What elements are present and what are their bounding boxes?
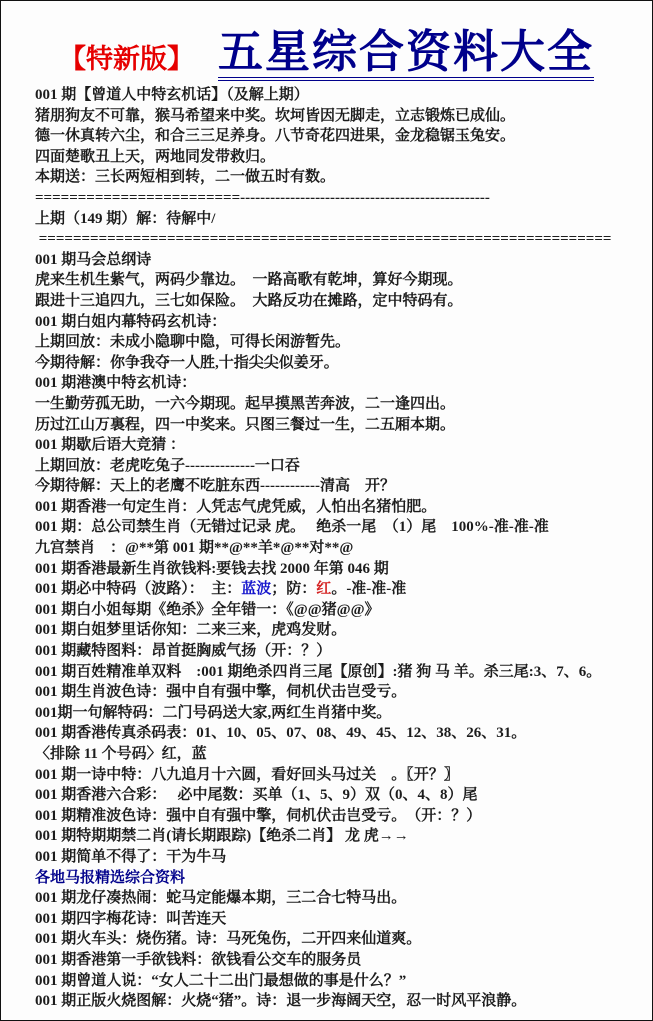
text-line: 001 期精准波色诗：强中自有强中擎，伺机伏击岂受亏。 （开：？） [35,806,652,827]
text-segment: 001 期必中特码（波路）： 主： [35,581,241,597]
text-line: 001 期百姓精准单双料 :001 期绝杀四肖三尾【原创】:猪 狗 马 羊。杀三… [35,662,652,683]
text-line: 今期待解：你争我夺一人胜,十指尖尖似姜牙。 [35,353,652,374]
text-line: 001 期香港传真杀码表：01、10、05、07、08、49、45、12、38、… [35,723,652,744]
text-segment: 历过江山万裏程，四一中奖来。只图三餐过一生，二五厢本期。 [35,417,455,433]
text-line: 〈排除 11 个号码〉红，蓝 [35,744,652,765]
text-segment: 001 期白小姐每期《绝杀》全年错一：《@@猪@@》 [35,602,380,618]
text-segment: 001 期港澳中特玄机诗： [35,375,196,391]
text-line: 001 期香港第一手欲钱料：欲钱看公交车的服务员 [35,950,652,971]
text-line: 001期一句解特码：二门号码送大家,两红生肖猪中奖。 [35,703,652,724]
text-line: 九宫禁肖 ：@**第 001 期**@**羊*@**对**@ [35,538,652,559]
text-segment: 001 期四字梅花诗：叫苦连天 [35,911,226,927]
text-segment: 001 期特期期禁二肖(请长期跟踪)【绝杀二肖】 龙 虎→→ [35,828,409,844]
text-line: 001 期白姐内幕特码玄机诗： [35,312,652,333]
text-segment: 〈排除 11 个号码〉红，蓝 [35,746,207,762]
text-line: 001 期曾道人说：“女人二十二出门最想做的事是什么？” [35,971,652,992]
text-segment: 001 期【曾道人中特玄机话】（及解上期） [35,87,309,103]
text-segment: 今期待解：天上的老鹰不吃脏东西------------清高 开？ [35,478,395,494]
text-line: 一生勤劳孤无助，一六今期现。起早摸黑苦奔波，二一逢四出。 [35,394,652,415]
text-segment: 001 期藏特图料：昂首挺胸威气扬（开：？） [35,643,331,659]
text-segment: 001 期香港第一手欲钱料：欲钱看公交车的服务员 [35,952,361,968]
text-line: 001 期马会总纲诗 [35,250,652,271]
text-segment: 001 期一诗中特：八九追月十六圆，看好回头马过关 。〖开？〗 [35,767,459,783]
text-segment: ；防： [271,581,316,597]
text-segment: 001 期香港最新生肖欲钱料:要钱去找 2000 年第 046 期 [35,561,389,577]
text-segment: 德一休真转六尘，和合三三足养身。八节奇花四进果，金龙稳锯玉兔安。 [35,128,515,144]
text-line: 虎来生机生紫气，两码少靠边。 一路高歌有乾坤，算好今期现。 [35,270,652,291]
text-segment: 今期待解：你争我夺一人胜,十指尖尖似姜牙。 [35,355,339,371]
text-line: 001 期歇后语大竞猜 ： [35,435,652,456]
text-segment: 四面楚歌丑上天，两地同发带救归。 [35,149,275,165]
text-segment: 001 期曾道人说：“女人二十二出门最想做的事是什么？” [35,973,406,989]
text-segment: 001 期香港传真杀码表：01、10、05、07、08、49、45、12、38、… [35,725,526,741]
text-segment: 猪朋狗友不可靠，猴马希望来中奖。坎坷皆因无脚走，立志锻炼已成仙。 [35,108,515,124]
text-line: 001 期必中特码（波路）： 主：蓝波；防：红。-准-准-准 [35,579,652,600]
text-line: 本期送：三长两短相到转，二一做五时有数。 [35,167,652,188]
text-line: 001 期简单不得了：干为牛马 [35,847,652,868]
text-segment: 001 期白姐梦里话你知：二来三来，虎鸡发财。 [35,622,346,638]
text-segment: 001 期香港一句定生肖：人凭志气虎凭威，人怕出名猪怕肥。 [35,499,436,515]
page-title: 五星综合资料大全 [218,30,594,81]
text-segment: 001 期火车头：烧伤猪。诗：马死兔伤，二开四来仙道爽。 [35,931,421,947]
text-segment: 001期一句解特码：二门号码送大家,两红生肖猪中奖。 [35,705,391,721]
text-segment: 上期回放：老虎吃兔子--------------一口吞 [35,458,300,474]
text-line: ========================================… [35,229,652,250]
text-segment: 001 期马会总纲诗 [35,252,151,268]
text-segment: 上期（149 期）解：待解中/ [35,211,215,227]
text-segment: 虎来生机生紫气，两码少靠边。 一路高歌有乾坤，算好今期现。 [35,272,463,288]
content-lines: 001 期【曾道人中特玄机话】（及解上期）猪朋狗友不可靠，猴马希望来中奖。坎坷皆… [1,81,652,1012]
text-segment: 001 期正版火烧图解：火烧“猪”。诗：退一步海阔天空，忍一时风平浪静。 [35,993,526,1009]
text-segment: 本期送：三长两短相到转，二一做五时有数。 [35,169,335,185]
text-line: 001 期香港最新生肖欲钱料:要钱去找 2000 年第 046 期 [35,559,652,580]
text-line: 001 期火车头：烧伤猪。诗：马死兔伤，二开四来仙道爽。 [35,929,652,950]
text-segment: ========================----------------… [35,190,490,206]
text-segment: 跟进十三追四九，三七如保险。 大路反功在摊路，定中特码有。 [35,293,463,309]
text-line: 001 期香港一句定生肖：人凭志气虎凭威，人怕出名猪怕肥。 [35,497,652,518]
text-line: 猪朋狗友不可靠，猴马希望来中奖。坎坷皆因无脚走，立志锻炼已成仙。 [35,106,652,127]
text-segment: 001 期：总公司禁生肖（无错过记录 虎。 绝杀一尾 （1）尾 100%-准-准… [35,519,549,535]
text-segment: 001 期龙仔凑热闹：蛇马定能爆本期，三二合七特马出。 [35,890,406,906]
text-line: 001 期白姐梦里话你知：二来三来，虎鸡发财。 [35,620,652,641]
text-line: 001 期港澳中特玄机诗： [35,373,652,394]
text-line: 001 期香港六合彩： 必中尾数：买单（1、5、9）双（0、4、8）尾 [35,785,652,806]
text-line: 001 期正版火烧图解：火烧“猪”。诗：退一步海阔天空，忍一时风平浪静。 [35,991,652,1012]
text-line: 001 期生肖波色诗：强中自有强中擎，伺机伏击岂受亏。 [35,682,652,703]
text-line: 001 期龙仔凑热闹：蛇马定能爆本期，三二合七特马出。 [35,888,652,909]
text-segment: 001 期百姓精准单双料 :001 期绝杀四肖三尾【原创】:猪 狗 马 羊。杀三… [35,664,601,680]
text-segment: ========================================… [35,231,611,247]
text-line: 001 期特期期禁二肖(请长期跟踪)【绝杀二肖】 龙 虎→→ [35,826,652,847]
text-line: 各地马报精选综合资料 [35,868,652,889]
page: 【特新版】 五星综合资料大全 001 期【曾道人中特玄机话】（及解上期）猪朋狗友… [0,0,653,1021]
text-line: 四面楚歌丑上天，两地同发带救归。 [35,147,652,168]
text-line: 001 期【曾道人中特玄机话】（及解上期） [35,85,652,106]
text-segment: 001 期精准波色诗：强中自有强中擎，伺机伏击岂受亏。 （开：？） [35,808,481,824]
text-segment: 九宫禁肖 ：@**第 001 期**@**羊*@**对**@ [35,540,353,556]
text-line: 上期回放：老虎吃兔子--------------一口吞 [35,456,652,477]
text-segment: 一生勤劳孤无助，一六今期现。起早摸黑苦奔波，二一逢四出。 [35,396,455,412]
text-line: 001 期：总公司禁生肖（无错过记录 虎。 绝杀一尾 （1）尾 100%-准-准… [35,517,652,538]
text-line: 德一休真转六尘，和合三三足养身。八节奇花四进果，金龙稳锯玉兔安。 [35,126,652,147]
text-line: 跟进十三追四九，三七如保险。 大路反功在摊路，定中特码有。 [35,291,652,312]
text-line: 历过江山万裏程，四一中奖来。只图三餐过一生，二五厢本期。 [35,415,652,436]
text-segment: 红 [316,581,331,597]
text-segment: 蓝波 [241,581,271,597]
text-segment: 各地马报精选综合资料 [35,870,185,886]
edition-badge: 【特新版】 [59,46,194,81]
text-segment: 001 期生肖波色诗：强中自有强中擎，伺机伏击岂受亏。 [35,684,406,700]
text-segment: 。-准-准-准 [331,581,406,597]
text-segment: 001 期歇后语大竞猜 ： [35,437,185,453]
text-line: 上期回放：未成小隐聊中隐，可得长闲游暂先。 [35,332,652,353]
text-line: 001 期一诗中特：八九追月十六圆，看好回头马过关 。〖开？〗 [35,765,652,786]
text-segment: 001 期香港六合彩： 必中尾数：买单（1、5、9）双（0、4、8）尾 [35,787,478,803]
text-line: 001 期四字梅花诗：叫苦连天 [35,909,652,930]
text-line: 001 期藏特图料：昂首挺胸威气扬（开：？） [35,641,652,662]
text-line: 001 期白小姐每期《绝杀》全年错一：《@@猪@@》 [35,600,652,621]
text-line: 今期待解：天上的老鹰不吃脏东西------------清高 开？ [35,476,652,497]
page-header: 【特新版】 五星综合资料大全 [1,1,652,81]
text-segment: 001 期白姐内幕特码玄机诗： [35,314,226,330]
text-line: 上期（149 期）解：待解中/ [35,209,652,230]
text-segment: 上期回放：未成小隐聊中隐，可得长闲游暂先。 [35,334,350,350]
text-segment: 001 期简单不得了：干为牛马 [35,849,226,865]
text-line: ========================----------------… [35,188,652,209]
